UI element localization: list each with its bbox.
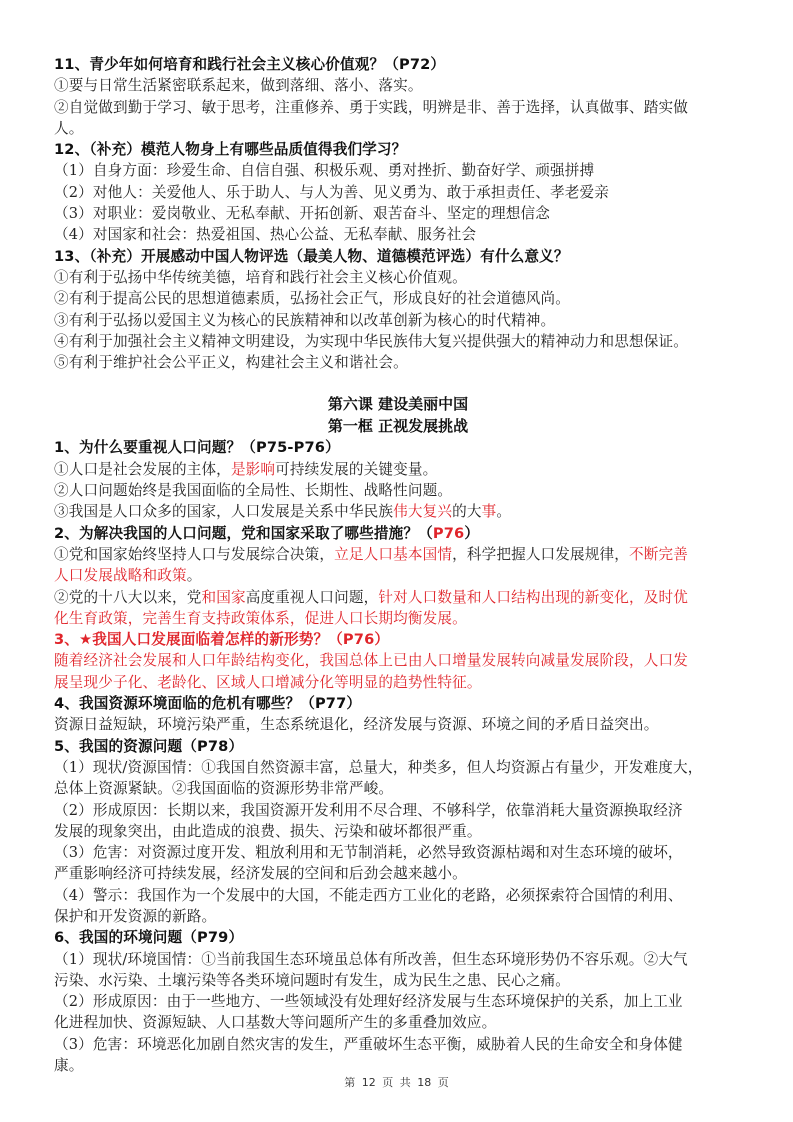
section-1-heading: 1、为什么要重视人口问题？（P75-P76） xyxy=(54,437,742,458)
text-span: ②党的十八大以来，党 xyxy=(54,589,201,606)
answer-line: 随着经济社会发展和人口年龄结构变化，我国总体上已由人口增量发展转向减量发展阶段，… xyxy=(54,650,742,671)
answer-line: （4）对国家和社会：热爱祖国、热心公益、无私奉献、服务社会 xyxy=(54,224,742,245)
answer-line: （1）现状/资源国情：①我国自然资源丰富，总量大，种类多，但人均资源占有量少，开… xyxy=(54,757,742,778)
text-span: 。 xyxy=(187,567,202,584)
lesson-subtitle: 第一框 正视发展挑战 xyxy=(54,416,742,438)
text-span: ①人口是社会发展的主体， xyxy=(54,461,231,478)
heading-text: 2、为解决我国的人口问题，党和国家采取了哪些措施？（ xyxy=(54,525,433,542)
text-span: ①党和国家始终坚持人口与发展综合决策， xyxy=(54,546,334,563)
highlight-text: 事 xyxy=(482,503,497,520)
section-5-heading: 5、我国的资源问题（P78） xyxy=(54,736,742,757)
answer-line: （1）自身方面：珍爱生命、自信自强、积极乐观、勇对挫折、勤奋好学、顽强拼搏 xyxy=(54,160,742,181)
highlight-text: 针对人口数量和人口结构出现的新变化，及时优 xyxy=(378,589,688,606)
answer-line: 人口发展战略和政策。 xyxy=(54,565,742,586)
answer-line: （1）现状/环境国情：①当前我国生态环境虽总体有所改善，但生态环境形势仍不容乐观… xyxy=(54,949,742,970)
answer-line: 化进程加快、资源短缺、人口基数大等问题所产生的多重叠加效应。 xyxy=(54,1012,742,1033)
page-footer: 第 12 页 共 18 页 xyxy=(0,1074,793,1090)
section-6-heading: 6、我国的环境问题（P79） xyxy=(54,927,742,948)
answer-line: ②人口问题始终是我国面临的全局性、长期性、战略性问题。 xyxy=(54,480,742,501)
question-12-heading: 12、（补充）模范人物身上有哪些品质值得我们学习？ xyxy=(54,139,742,160)
answer-line: （2）对他人：关爱他人、乐于助人、与人为善、见义勇为、敢于承担责任、孝老爱亲 xyxy=(54,182,742,203)
answer-line: ①有利于弘扬中华传统美德，培育和践行社会主义核心价值观。 xyxy=(54,267,742,288)
section-4-heading: 4、我国资源环境面临的危机有哪些？（P77） xyxy=(54,693,742,714)
text-span: 。 xyxy=(496,503,511,520)
answer-line: 发展的现象突出，由此造成的浪费、损失、污染和破坏都很严重。 xyxy=(54,821,742,842)
answer-line: 展呈现少子化、老龄化、区域人口增减分化等明显的趋势性特征。 xyxy=(54,672,742,693)
answer-line: （2）形成原因：长期以来，我国资源开发利用不尽合理、不够科学，依靠消耗大量资源换… xyxy=(54,800,742,821)
document-page: 11、青少年如何培育和践行社会主义核心价值观？（P72） ①要与日常生活紧密联系… xyxy=(54,54,742,1076)
section-2-heading: 2、为解决我国的人口问题，党和国家采取了哪些措施？（P76） xyxy=(54,523,742,544)
question-13-heading: 13、（补充）开展感动中国人物评选（最美人物、道德模范评选）有什么意义？ xyxy=(54,246,742,267)
text-span: ，科学把握人口发展规律， xyxy=(452,546,629,563)
answer-line: ①要与日常生活紧密联系起来，做到落细、落小、落实。 xyxy=(54,75,742,96)
highlight-text: 不断完善 xyxy=(629,546,688,563)
answer-line: ①党和国家始终坚持人口与发展综合决策，立足人口基本国情，科学把握人口发展规律，不… xyxy=(54,544,742,565)
answer-line: ①人口是社会发展的主体，是影响可持续发展的关键变量。 xyxy=(54,459,742,480)
answer-line: 总体上资源紧缺。②我国面临的资源形势非常严峻。 xyxy=(54,778,742,799)
answer-line: 人。 xyxy=(54,118,742,139)
answer-line: ②有利于提高公民的思想道德素质，弘扬社会正气，形成良好的社会道德风尚。 xyxy=(54,288,742,309)
highlight-text: 是影响 xyxy=(231,461,275,478)
text-span: 的大 xyxy=(452,503,482,520)
answer-line: 严重影响经济可持续发展，经济发展的空间和后劲会越来越小。 xyxy=(54,863,742,884)
answer-line: 保护和开发资源的新路。 xyxy=(54,906,742,927)
answer-line: ②自觉做到勤于学习、敏于思考，注重修养、勇于实践，明辨是非、善于选择，认真做事、… xyxy=(54,97,742,118)
answer-line: ④有利于加强社会主义精神文明建设，为实现中华民族伟大复兴提供强大的精神动力和思想… xyxy=(54,331,742,352)
page-ref: P76 xyxy=(433,525,464,542)
section-3-heading: 3、★我国人口发展面临着怎样的新形势？（P76） xyxy=(54,629,742,650)
question-11-heading: 11、青少年如何培育和践行社会主义核心价值观？（P72） xyxy=(54,54,742,75)
answer-line: （3）对职业：爱岗敬业、无私奉献、开拓创新、艰苦奋斗、坚定的理想信念 xyxy=(54,203,742,224)
answer-line: （4）警示：我国作为一个发展中的大国，不能走西方工业化的老路，必须探索符合国情的… xyxy=(54,885,742,906)
answer-line: ②党的十八大以来，党和国家高度重视人口问题，针对人口数量和人口结构出现的新变化，… xyxy=(54,587,742,608)
highlight-text: 和国家 xyxy=(201,589,245,606)
spacer xyxy=(54,373,742,394)
lesson-title: 第六课 建设美丽中国 xyxy=(54,394,742,416)
answer-line: 污染、水污染、土壤污染等各类环境问题时有发生，成为民生之患、民心之痛。 xyxy=(54,970,742,991)
answer-line: ③有利于弘扬以爱国主义为核心的民族精神和以改革创新为核心的时代精神。 xyxy=(54,310,742,331)
heading-text: ） xyxy=(464,525,479,542)
answer-line: 资源日益短缺，环境污染严重，生态系统退化，经济发展与资源、环境之间的矛盾日益突出… xyxy=(54,714,742,735)
highlight-text: 伟大复兴 xyxy=(393,503,452,520)
text-span: 可持续发展的关键变量。 xyxy=(275,461,437,478)
highlight-text: 立足人口基本国情 xyxy=(334,546,452,563)
text-span: ③我国是人口众多的国家，人口发展是关系中华民族 xyxy=(54,503,393,520)
answer-line: （3）危害：环境恶化加剧自然灾害的发生，严重破坏生态平衡，威胁着人民的生命安全和… xyxy=(54,1034,742,1055)
text-span: 高度重视人口问题， xyxy=(246,589,379,606)
answer-line: （2）形成原因：由于一些地方、一些领域没有处理好经济发展与生态环境保护的关系，加… xyxy=(54,991,742,1012)
answer-line: ⑤有利于维护社会公平正义，构建社会主义和谐社会。 xyxy=(54,352,742,373)
answer-line: 化生育政策，完善生育支持政策体系，促进人口长期均衡发展。 xyxy=(54,608,742,629)
answer-line: ③我国是人口众多的国家，人口发展是关系中华民族伟大复兴的大事。 xyxy=(54,501,742,522)
answer-line: （3）危害：对资源过度开发、粗放利用和无节制消耗，必然导致资源枯竭和对生态环境的… xyxy=(54,842,742,863)
highlight-text: 人口发展战略和政策 xyxy=(54,567,187,584)
